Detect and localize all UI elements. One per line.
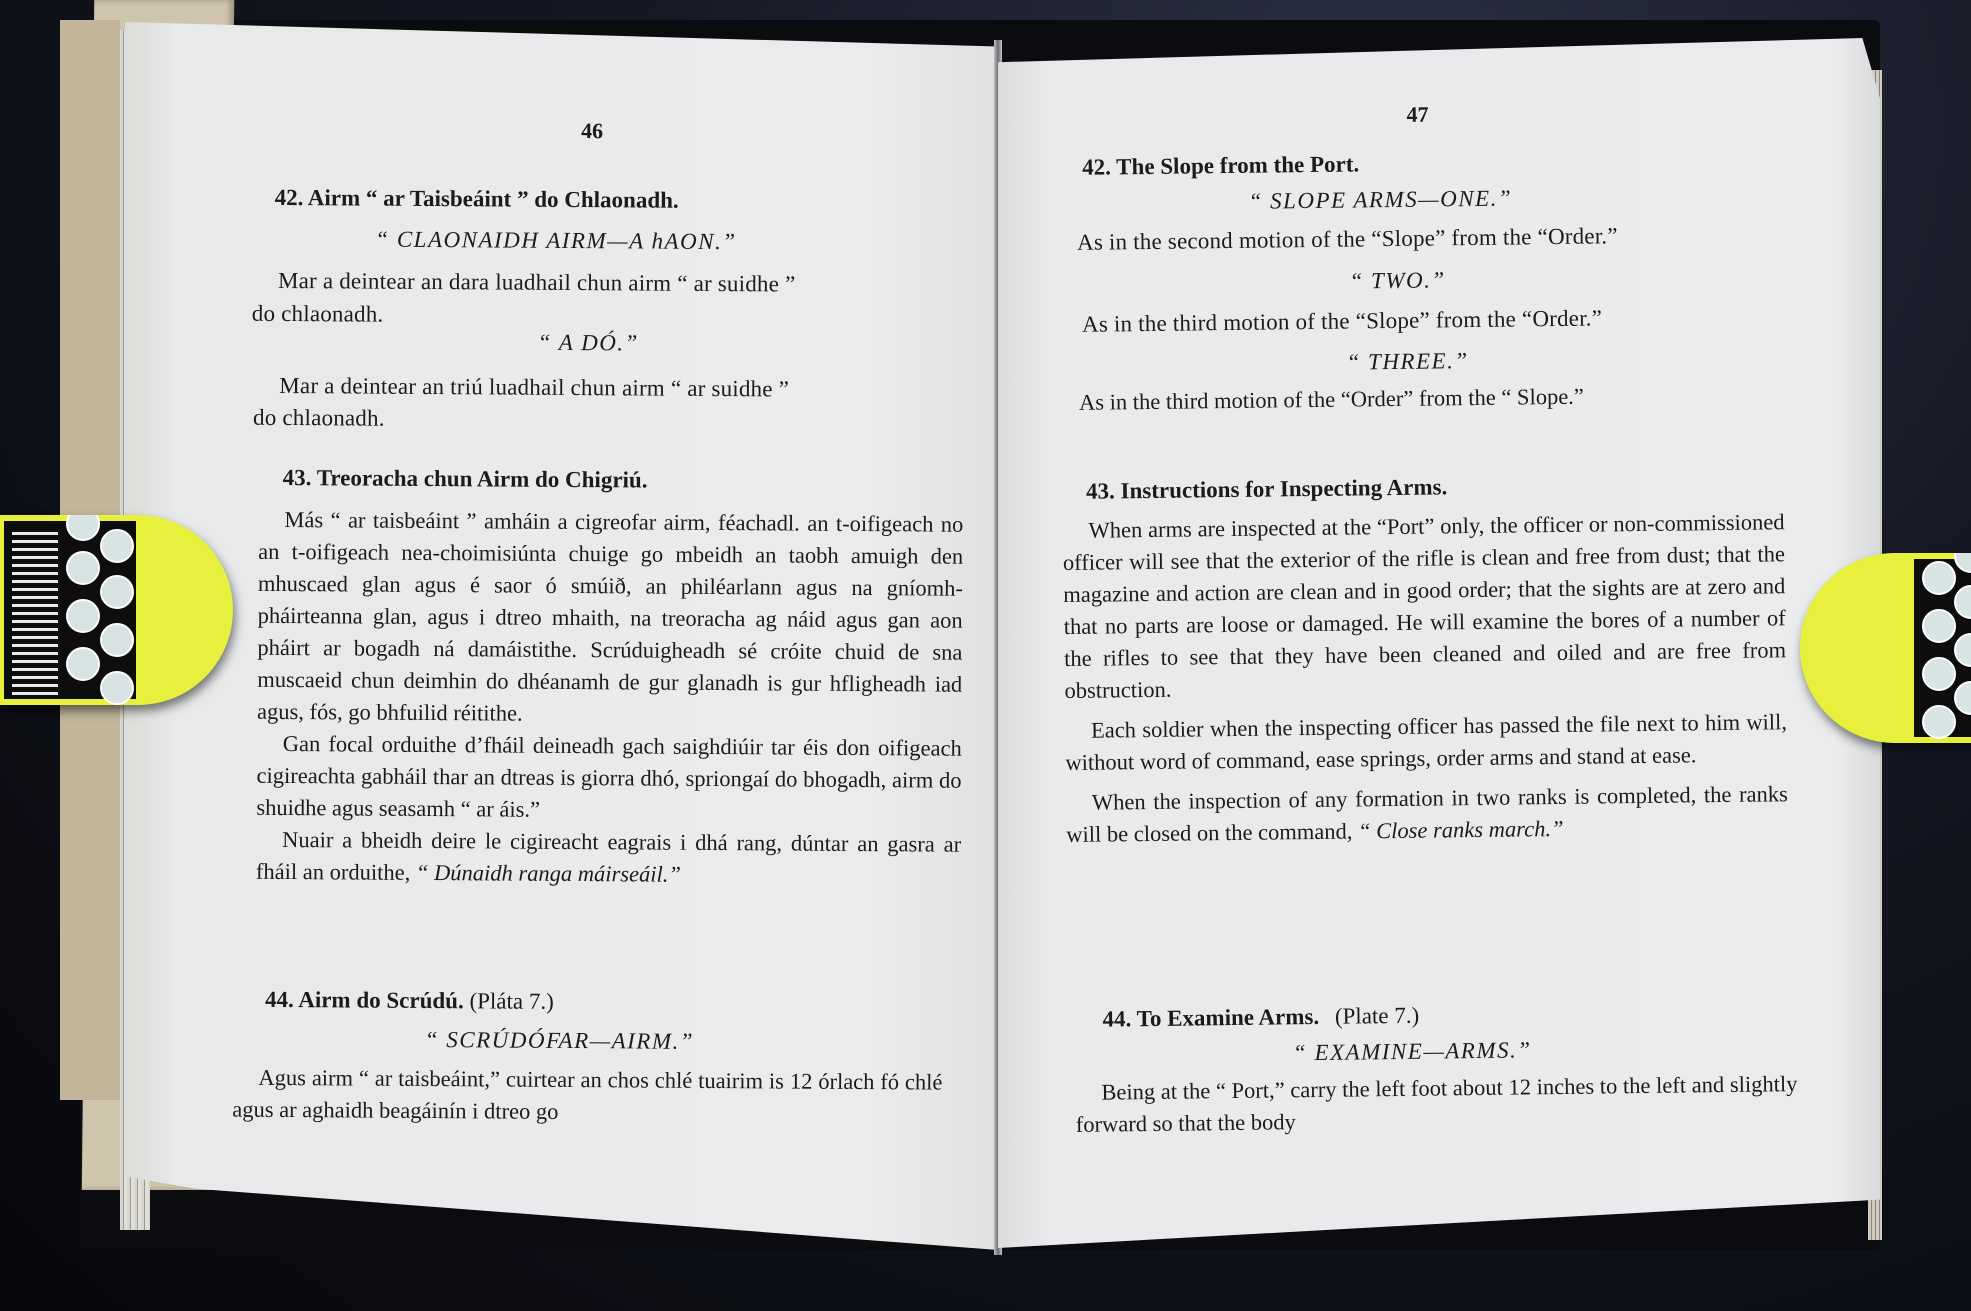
section-number: 42. [1082, 154, 1111, 179]
section-heading: 44. To Examine Arms. (Plate 7.) [1102, 1003, 1419, 1033]
section-heading: 42. The Slope from the Port. [1082, 151, 1359, 180]
plate-reference: (Plate 7.) [1335, 1003, 1420, 1029]
paragraph: Being at the “ Port,” carry the left foo… [1075, 1068, 1798, 1141]
clip-dot [100, 671, 134, 705]
section-number: 44. [1102, 1006, 1131, 1031]
section-title: To Examine Arms. [1136, 1004, 1319, 1031]
page-clip-left [0, 515, 233, 705]
clip-dot [1922, 705, 1956, 739]
drill-command: “ Close ranks march.” [1358, 816, 1564, 844]
drill-command: “ EXAMINE—ARMS.” [1293, 1037, 1532, 1066]
clip-dot [1954, 553, 1971, 573]
photo-scene: 46 42. Airm “ ar Taisbeáint ” do Chlaona… [0, 0, 1971, 1311]
section-title: The Slope from the Port. [1116, 151, 1359, 179]
clip-dot [1922, 609, 1956, 643]
clip-dot [1922, 561, 1956, 595]
section-body: Being at the “ Port,” carry the left foo… [1075, 1068, 1798, 1141]
clip-dot [66, 515, 100, 541]
body-line: As in the second motion of the “Slope” f… [1077, 220, 1618, 259]
section-heading: 43. Instructions for Inspecting Arms. [1086, 474, 1448, 504]
paragraph: When arms are inspected at the “Port” on… [1062, 506, 1786, 707]
section-number: 43. [1086, 478, 1115, 503]
clip-dot [66, 551, 100, 585]
body-line: As in the third motion of the “Order” fr… [1067, 378, 1787, 419]
clip-dot [1954, 633, 1971, 667]
drill-command: “ SLOPE ARMS—ONE.” [1248, 186, 1512, 215]
clip-dot [66, 599, 100, 633]
clip-pattern-strip [4, 521, 136, 699]
page-number: 47 [1406, 102, 1428, 128]
drill-command: “ THREE.” [1346, 348, 1468, 375]
section-body: When arms are inspected at the “Port” on… [1062, 506, 1788, 851]
clip-stripes [12, 527, 58, 695]
clip-dot [1954, 585, 1971, 619]
clip-dot [1922, 657, 1956, 691]
paragraph: Each soldier when the inspecting officer… [1065, 706, 1788, 779]
body-line: As in the third motion of the “Slope” fr… [1082, 302, 1602, 340]
clip-dot [66, 647, 100, 681]
right-page-content: 47 42. The Slope from the Port. “ SLOPE … [0, 0, 1971, 1311]
clip-dot [1954, 681, 1971, 715]
paragraph: When the inspection of any formation in … [1066, 778, 1789, 851]
clip-dot [100, 575, 134, 609]
clip-dot [100, 623, 134, 657]
clip-pattern-strip [1914, 559, 1971, 737]
clip-dot [100, 529, 134, 563]
drill-command: “ TWO.” [1349, 267, 1445, 294]
section-title: Instructions for Inspecting Arms. [1120, 474, 1447, 503]
